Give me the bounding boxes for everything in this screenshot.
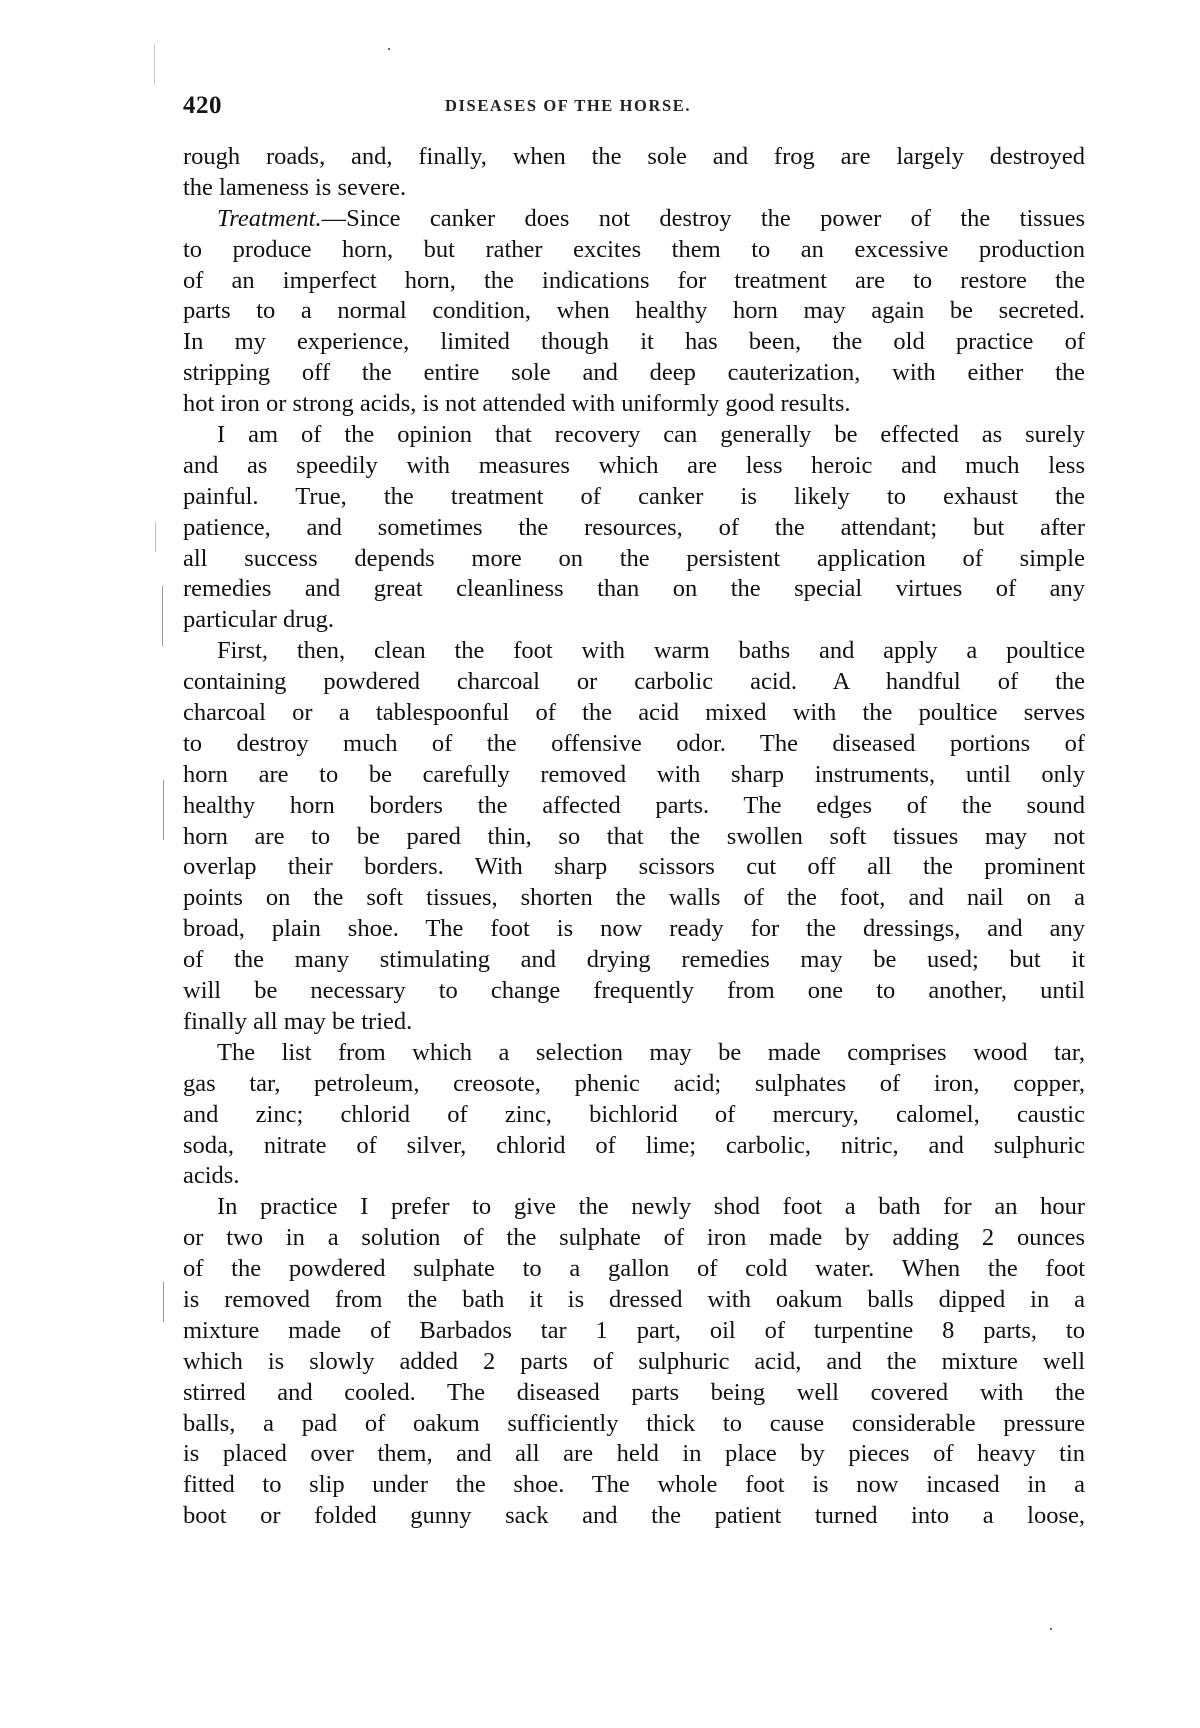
text-line-content: points on the soft tissues, shorten the …	[183, 884, 1085, 911]
text-line: and as speedily with measures which are …	[183, 451, 1085, 482]
text-line-content: horn are to be pared thin, so that the s…	[183, 823, 1085, 850]
text-line: charcoal or a tablespoonful of the acid …	[183, 698, 1085, 729]
text-line-content: and zinc; chlorid of zinc, bichlorid of …	[183, 1101, 1085, 1128]
text-line-content: First, then, clean the foot with warm ba…	[217, 637, 1085, 664]
text-line: patience, and sometimes the resources, o…	[183, 513, 1085, 544]
scan-margin-mark	[163, 780, 164, 840]
text-line: remedies and great cleanliness than on t…	[183, 574, 1085, 605]
text-line: the lameness is severe.	[183, 173, 1085, 204]
scan-margin-mark	[154, 45, 155, 85]
text-line: will be necessary to change frequently f…	[183, 976, 1085, 1007]
text-line-content: and as speedily with measures which are …	[183, 452, 1085, 479]
scan-speck	[388, 48, 390, 50]
text-line-content: broad, plain shoe. The foot is now ready…	[183, 915, 1085, 942]
text-line-content: stripping off the entire sole and deep c…	[183, 359, 1085, 386]
text-line: which is slowly added 2 parts of sulphur…	[183, 1347, 1085, 1378]
text-line: is removed from the bath it is dressed w…	[183, 1285, 1085, 1316]
text-line-content: finally all may be tried.	[183, 1008, 412, 1035]
text-line-content: In practice I prefer to give the newly s…	[217, 1193, 1085, 1220]
text-line: stripping off the entire sole and deep c…	[183, 358, 1085, 389]
text-line-content: stirred and cooled. The diseased parts b…	[183, 1379, 1085, 1406]
text-line-content: boot or folded gunny sack and the patien…	[183, 1502, 1085, 1529]
text-line-content: of the powdered sulphate to a gallon of …	[183, 1255, 1085, 1282]
text-line: is placed over them, and all are held in…	[183, 1439, 1085, 1470]
text-line: and zinc; chlorid of zinc, bichlorid of …	[183, 1100, 1085, 1131]
text-line: soda, nitrate of silver, chlorid of lime…	[183, 1131, 1085, 1162]
text-line: I am of the opinion that recovery can ge…	[183, 420, 1085, 451]
text-line-content: hot iron or strong acids, is not attende…	[183, 390, 851, 417]
text-line-content: horn are to be carefully removed with sh…	[183, 761, 1085, 788]
text-line: In my experience, limited though it has …	[183, 327, 1085, 358]
text-line-content: particular drug.	[183, 606, 334, 633]
text-line-content: parts to a normal condition, when health…	[183, 297, 1085, 324]
text-line: of an imperfect horn, the indications fo…	[183, 266, 1085, 297]
text-line: or two in a solution of the sulphate of …	[183, 1223, 1085, 1254]
text-line: boot or folded gunny sack and the patien…	[183, 1501, 1085, 1532]
scanned-book-page: 420 DISEASES OF THE HORSE. rough roads, …	[0, 0, 1200, 1728]
text-line: points on the soft tissues, shorten the …	[183, 883, 1085, 914]
text-line-content: will be necessary to change frequently f…	[183, 977, 1085, 1004]
text-line-content: soda, nitrate of silver, chlorid of lime…	[183, 1132, 1085, 1159]
text-line-content: all success depends more on the persiste…	[183, 545, 1085, 572]
text-line-content: overlap their borders. With sharp scisso…	[183, 853, 1085, 880]
text-line: containing powdered charcoal or carbolic…	[183, 667, 1085, 698]
running-title: DISEASES OF THE HORSE.	[445, 96, 691, 116]
text-line-content: of the many stimulating and drying remed…	[183, 946, 1085, 973]
text-line-content: or two in a solution of the sulphate of …	[183, 1224, 1085, 1251]
text-line-content: to destroy much of the offensive odor. T…	[183, 730, 1085, 757]
text-line-content: the lameness is severe.	[183, 174, 406, 201]
scan-margin-mark	[162, 586, 163, 646]
text-line: stirred and cooled. The diseased parts b…	[183, 1378, 1085, 1409]
text-line-content: which is slowly added 2 parts of sulphur…	[183, 1348, 1085, 1375]
text-line: of the powdered sulphate to a gallon of …	[183, 1254, 1085, 1285]
text-line-content: fitted to slip under the shoe. The whole…	[183, 1471, 1085, 1498]
text-line-content: charcoal or a tablespoonful of the acid …	[183, 699, 1085, 726]
text-line: First, then, clean the foot with warm ba…	[183, 636, 1085, 667]
text-line-content: containing powdered charcoal or carbolic…	[183, 668, 1085, 695]
text-line-content: balls, a pad of oakum sufficiently thick…	[183, 1410, 1085, 1437]
text-line: horn are to be pared thin, so that the s…	[183, 822, 1085, 853]
text-line-content: rough roads, and, finally, when the sole…	[183, 143, 1085, 170]
text-line: balls, a pad of oakum sufficiently thick…	[183, 1409, 1085, 1440]
text-line: to produce horn, but rather excites them…	[183, 235, 1085, 266]
text-line-content: is removed from the bath it is dressed w…	[183, 1286, 1085, 1313]
text-line: finally all may be tried.	[183, 1007, 1085, 1038]
text-line: acids.	[183, 1161, 1085, 1192]
text-line: Treatment.—Since canker does not destroy…	[183, 204, 1085, 235]
text-line: particular drug.	[183, 605, 1085, 636]
text-line-content: to produce horn, but rather excites them…	[183, 236, 1085, 263]
text-line: rough roads, and, finally, when the sole…	[183, 142, 1085, 173]
text-line: mixture made of Barbados tar 1 part, oil…	[183, 1316, 1085, 1347]
text-line: healthy horn borders the affected parts.…	[183, 791, 1085, 822]
text-line: painful. True, the treatment of canker i…	[183, 482, 1085, 513]
text-line: to destroy much of the offensive odor. T…	[183, 729, 1085, 760]
scan-margin-mark	[155, 522, 156, 552]
text-line: parts to a normal condition, when health…	[183, 296, 1085, 327]
text-line: all success depends more on the persiste…	[183, 544, 1085, 575]
scan-speck	[1050, 1628, 1052, 1630]
text-line-content: gas tar, petroleum, creosote, phenic aci…	[183, 1070, 1085, 1097]
text-line-content: In my experience, limited though it has …	[183, 328, 1085, 355]
page-number: 420	[183, 92, 222, 120]
text-line-content: healthy horn borders the affected parts.…	[183, 792, 1085, 819]
body-text: rough roads, and, finally, when the sole…	[183, 142, 1085, 1532]
scan-margin-mark	[163, 1282, 164, 1322]
text-line-content: acids.	[183, 1162, 239, 1189]
text-line-content: of an imperfect horn, the indications fo…	[183, 267, 1085, 294]
text-line: horn are to be carefully removed with sh…	[183, 760, 1085, 791]
text-line-content: I am of the opinion that recovery can ge…	[217, 421, 1085, 448]
text-line: overlap their borders. With sharp scisso…	[183, 852, 1085, 883]
text-line-content: —Since canker does not destroy the power…	[322, 205, 1085, 232]
text-line: gas tar, petroleum, creosote, phenic aci…	[183, 1069, 1085, 1100]
text-line: of the many stimulating and drying remed…	[183, 945, 1085, 976]
text-line: The list from which a selection may be m…	[183, 1038, 1085, 1069]
text-line-content: painful. True, the treatment of canker i…	[183, 483, 1085, 510]
text-line-content: The list from which a selection may be m…	[217, 1039, 1085, 1066]
text-line: In practice I prefer to give the newly s…	[183, 1192, 1085, 1223]
text-line-content: patience, and sometimes the resources, o…	[183, 514, 1085, 541]
text-line-content: mixture made of Barbados tar 1 part, oil…	[183, 1317, 1085, 1344]
text-line-content: is placed over them, and all are held in…	[183, 1440, 1085, 1467]
text-line: hot iron or strong acids, is not attende…	[183, 389, 1085, 420]
text-line-content: remedies and great cleanliness than on t…	[183, 575, 1085, 602]
section-heading-italic: Treatment.	[217, 205, 322, 232]
running-head: 420 DISEASES OF THE HORSE.	[183, 92, 1083, 122]
text-line: broad, plain shoe. The foot is now ready…	[183, 914, 1085, 945]
text-line: fitted to slip under the shoe. The whole…	[183, 1470, 1085, 1501]
